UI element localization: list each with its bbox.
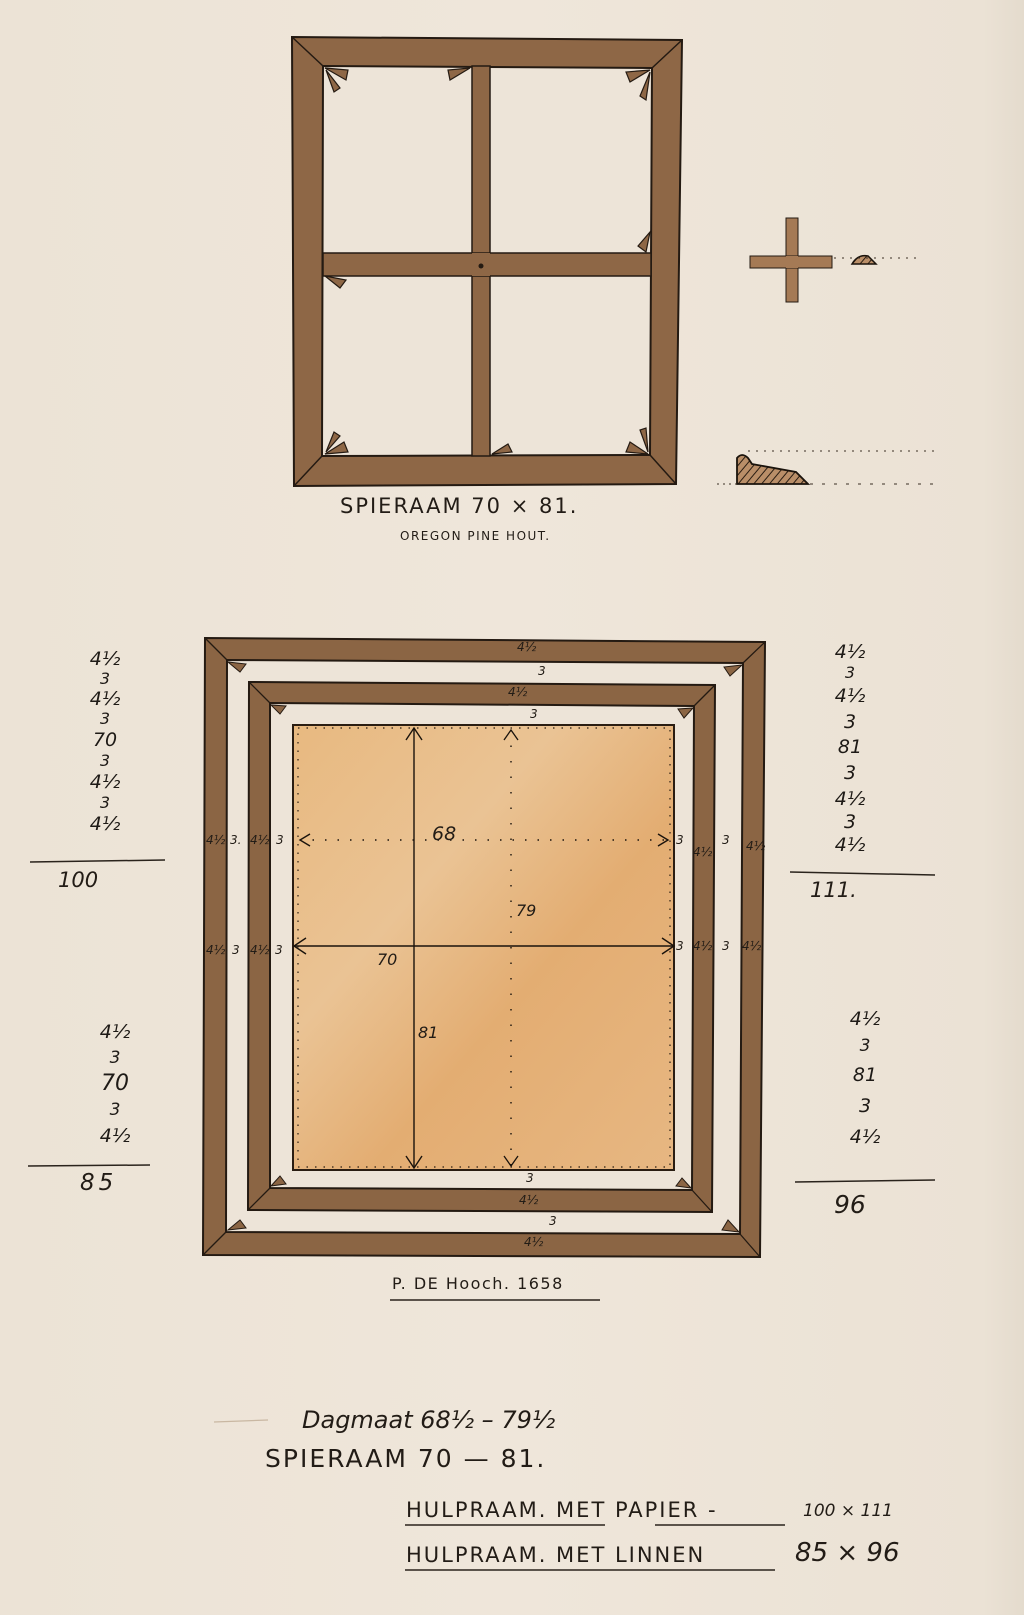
sum-item: 3 xyxy=(844,710,856,734)
note-hulpraam-papier-size: 100 × 111 xyxy=(803,1503,893,1520)
dimension-stretcher-width: 70 xyxy=(377,952,397,968)
sum-left-upper-total: 100 xyxy=(58,870,98,891)
sum-item: 81 xyxy=(838,734,862,760)
label-right-upper-outer-frame: 4½ xyxy=(746,840,765,852)
label-left-lower-inner-frame: 4½ xyxy=(250,944,269,956)
canvas-area xyxy=(293,725,674,1170)
sum-item: 4½ xyxy=(835,832,866,858)
sum-item: 3 xyxy=(859,1091,871,1121)
sum-item: 4½ xyxy=(100,1018,131,1046)
label-top-outer-frame: 4½ xyxy=(517,641,536,653)
sum-item: 4½ xyxy=(850,1121,881,1153)
note-spieraam: SPIERAAM 70 — 81. xyxy=(265,1446,546,1471)
label-bottom-gap-inner: 3 xyxy=(526,1172,534,1184)
sum-right-lower-total: 96 xyxy=(834,1192,866,1217)
stretcher-title: SPIERAAM 70 × 81. xyxy=(340,496,578,517)
note-dagmaat: Dagmaat 68½ – 79½ xyxy=(302,1408,555,1432)
label-right-lower-gap-outer: 3 xyxy=(722,940,730,952)
label-right-lower-inner-frame: 4½ xyxy=(693,940,712,952)
sum-item: 4½ xyxy=(850,1005,881,1033)
label-right-upper-gap-outer: 3 xyxy=(722,834,730,846)
bar-profile-section-icon xyxy=(852,256,876,264)
stretcher-frame xyxy=(292,37,682,486)
note-hulpraam-papier: HULPRAAM. MET PAPIER - xyxy=(406,1500,718,1521)
label-left-lower-outer-frame: 4½ xyxy=(206,944,225,956)
label-left-upper-gap-inner: 3 xyxy=(276,834,284,846)
label-left-lower-gap-outer: 3 xyxy=(232,944,240,956)
label-right-upper-inner-frame: 4½ xyxy=(693,846,712,858)
sum-item: 3 xyxy=(844,812,856,832)
sum-item: 3 xyxy=(845,664,855,682)
label-bottom-inner-frame: 4½ xyxy=(519,1194,538,1206)
sum-item: 4½ xyxy=(835,682,866,710)
sum-right-lower: 4½ 3 81 3 4½ xyxy=(838,1005,892,1153)
dimension-sight-width: 68 xyxy=(432,825,456,844)
assembly-caption: P. DE Hooch. 1658 xyxy=(392,1276,564,1292)
label-bottom-gap-outer: 3 xyxy=(549,1215,557,1227)
label-top-gap-outer: 3 xyxy=(538,665,546,677)
sum-item: 4½ xyxy=(90,648,121,670)
label-left-upper-inner-frame: 4½ xyxy=(250,834,269,846)
sum-item: 4½ xyxy=(90,770,121,794)
sum-item: 3 xyxy=(100,710,110,728)
label-left-upper-gap-outer: 3. xyxy=(230,834,241,846)
sum-item: 4½ xyxy=(100,1122,131,1150)
sum-item: 3 xyxy=(110,1098,121,1122)
dimension-sight-height: 79 xyxy=(516,903,536,919)
sum-item: 3 xyxy=(844,760,856,786)
sum-item: 3 xyxy=(100,670,110,688)
sum-item: 70 xyxy=(93,728,117,752)
note-hulpraam-linnen: HULPRAAM. MET LINNEN xyxy=(406,1545,705,1566)
sum-item: 4½ xyxy=(90,812,121,836)
sum-item: 4½ xyxy=(835,786,866,812)
label-top-inner-frame: 4½ xyxy=(508,686,527,698)
sum-left-lower-total: 85 xyxy=(80,1172,117,1195)
note-hulpraam-linnen-size: 85 × 96 xyxy=(795,1540,899,1566)
label-left-lower-gap-inner: 3 xyxy=(275,944,283,956)
cross-section-cross-icon xyxy=(750,218,832,302)
stretcher-wood-type: OREGON PINE HOUT. xyxy=(400,530,551,542)
sum-item: 3 xyxy=(110,1046,121,1070)
sum-item: 81 xyxy=(853,1059,877,1091)
sum-item: 4½ xyxy=(90,688,121,710)
label-left-upper-outer-frame: 4½ xyxy=(206,834,225,846)
sum-item: 3 xyxy=(860,1033,871,1059)
label-top-gap-inner: 3 xyxy=(530,708,538,720)
label-right-lower-outer-frame: 4½ xyxy=(742,940,761,952)
sum-item: 70 xyxy=(101,1070,129,1098)
sum-left-upper: 4½ 3 4½ 3 70 3 4½ 3 4½ xyxy=(78,648,132,836)
sum-item: 4½ xyxy=(835,640,866,664)
frame-profile-section-icon xyxy=(737,455,808,484)
sum-item: 3 xyxy=(100,752,110,770)
sum-right-upper: 4½ 3 4½ 3 81 3 4½ 3 4½ xyxy=(820,640,880,858)
label-right-upper-gap-inner: 3 xyxy=(676,834,684,846)
label-right-lower-gap-inner: 3 xyxy=(676,940,684,952)
dimension-stretcher-height: 81 xyxy=(418,1025,438,1041)
sum-right-upper-total: 111. xyxy=(810,880,857,901)
sum-item: 3 xyxy=(100,794,110,812)
sum-left-lower: 4½ 3 70 3 4½ xyxy=(88,1018,142,1150)
label-bottom-outer-frame: 4½ xyxy=(524,1236,543,1248)
